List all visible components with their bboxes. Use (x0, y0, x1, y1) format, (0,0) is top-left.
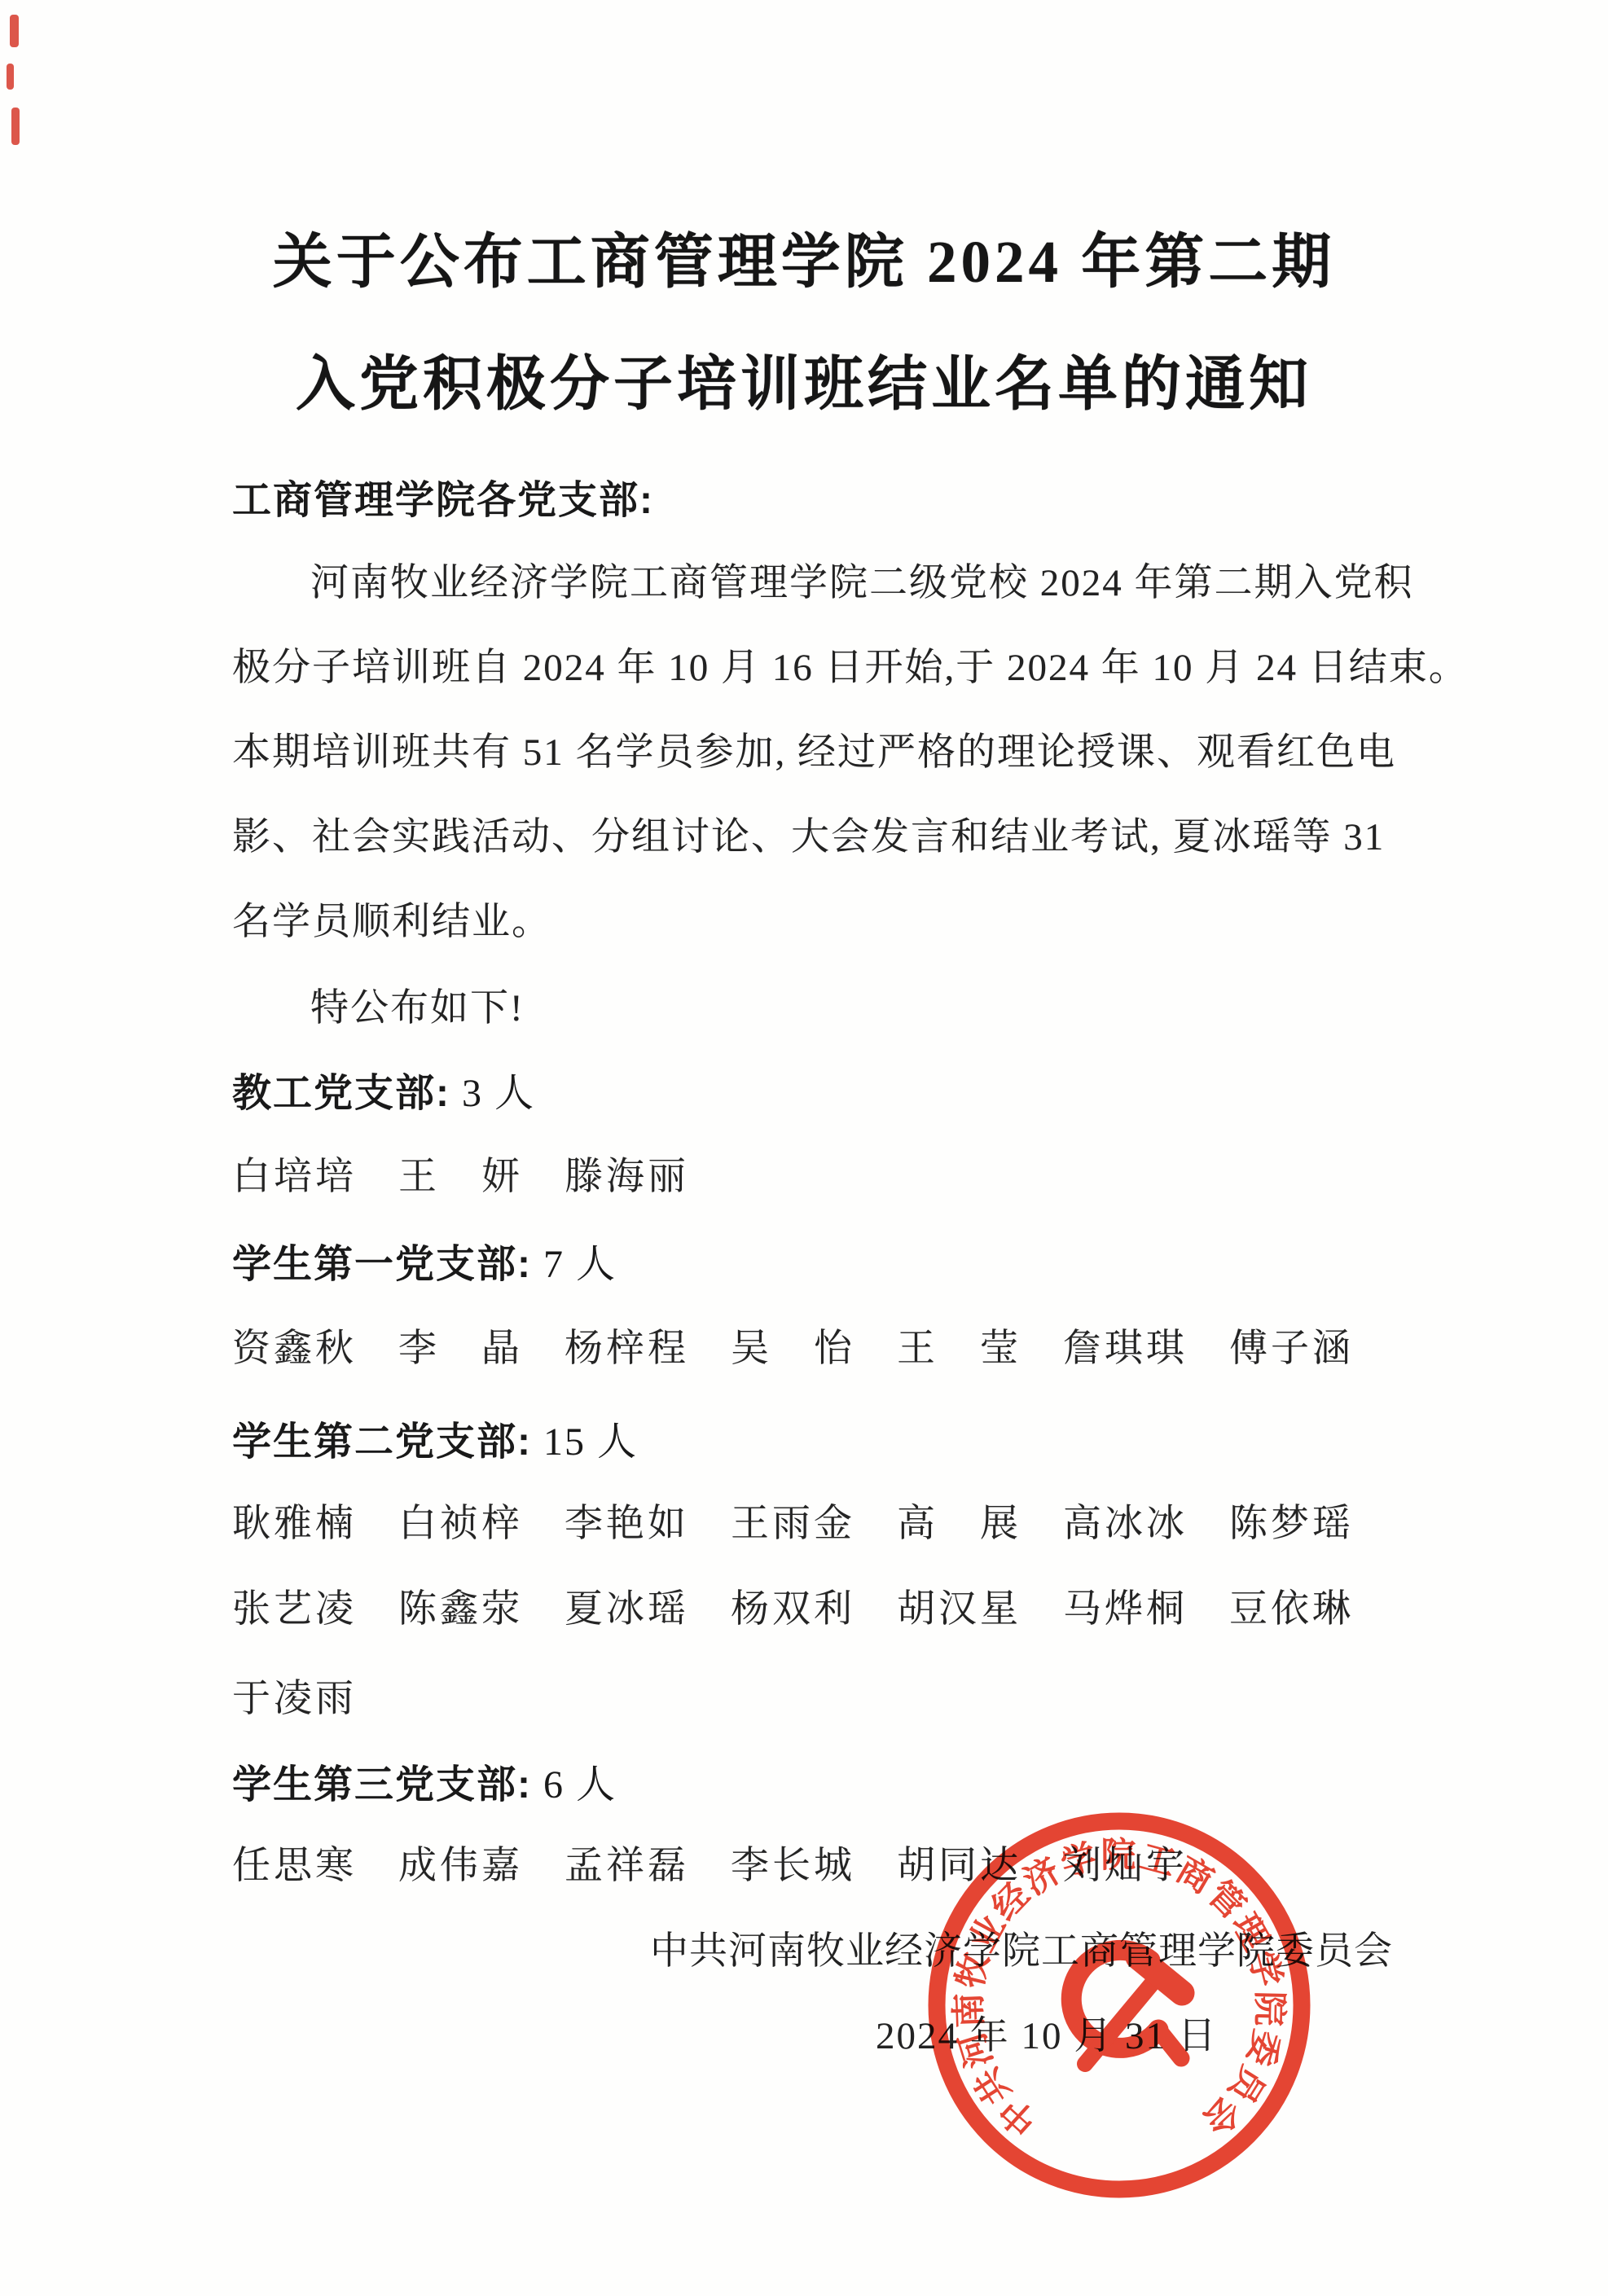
scan-artifact (11, 108, 20, 145)
section-member-count: 7 人 (543, 1243, 617, 1286)
section-member-count: 3 人 (462, 1072, 535, 1115)
paragraph-line: 名学员顺利结业。 (232, 891, 551, 946)
section-heading-label: 学生第三党支部: (232, 1763, 532, 1807)
section-heading: 教工党支部:3 人 (232, 1061, 535, 1117)
official-seal: 中共河南牧业经济学院工商管理学院委员会 (924, 1810, 1315, 2201)
section-heading: 学生第二党支部:15 人 (232, 1410, 638, 1466)
section-heading: 学生第一党支部:7 人 (232, 1232, 617, 1288)
page-title-line1: 关于公布工商管理学院 2024 年第二期 (0, 213, 1608, 299)
announce-line: 特公布如下! (232, 977, 525, 1032)
section-member-count: 6 人 (543, 1763, 617, 1807)
seal-text: 中共河南牧业经济学院工商管理学院委员会 (949, 1836, 1289, 2143)
names-line: 资鑫秋 李 晶 杨梓程 吴 怡 王 莹 詹琪琪 傅子涵 (232, 1318, 1354, 1372)
paragraph-line: 极分子培训班自 2024 年 10 月 16 日开始,于 2024 年 10 月… (232, 637, 1469, 691)
section-heading-label: 学生第一党支部: (232, 1243, 532, 1286)
paragraph-line: 河南牧业经济学院工商管理学院二级党校 2024 年第二期入党积 (232, 552, 1414, 607)
section-member-count: 15 人 (543, 1420, 638, 1464)
names-line: 张艺凌 陈鑫荥 夏冰瑶 杨双利 胡汉星 马烨桐 豆依琳 (232, 1578, 1354, 1633)
page-title-line2: 入党积极分子培训班结业名单的通知 (0, 336, 1608, 421)
document-page: 关于公布工商管理学院 2024 年第二期 入党积极分子培训班结业名单的通知 工商… (0, 0, 1608, 2296)
section-heading-label: 学生第二党支部: (232, 1420, 532, 1464)
paragraph-line: 影、社会实践活动、分组讨论、大会发言和结业考试, 夏冰瑶等 31 (232, 806, 1385, 861)
scan-artifact (10, 15, 19, 47)
names-line: 于凌雨 (232, 1668, 357, 1723)
hammer-sickle-icon (1071, 1950, 1182, 2064)
paragraph-line: 本期培训班共有 51 名学员参加, 经过严格的理论授课、观看红色电 (232, 722, 1396, 776)
salutation: 工商管理学院各党支部: (232, 468, 654, 525)
seal-ring (937, 1821, 1302, 2189)
names-line: 白培培 王 妍 滕海丽 (232, 1146, 689, 1201)
section-heading: 学生第三党支部:6 人 (232, 1753, 617, 1809)
names-line: 耿雅楠 白祯梓 李艳如 王雨金 高 展 高冰冰 陈梦瑶 (232, 1493, 1354, 1547)
scan-artifact (7, 64, 14, 90)
section-heading-label: 教工党支部: (232, 1072, 450, 1115)
